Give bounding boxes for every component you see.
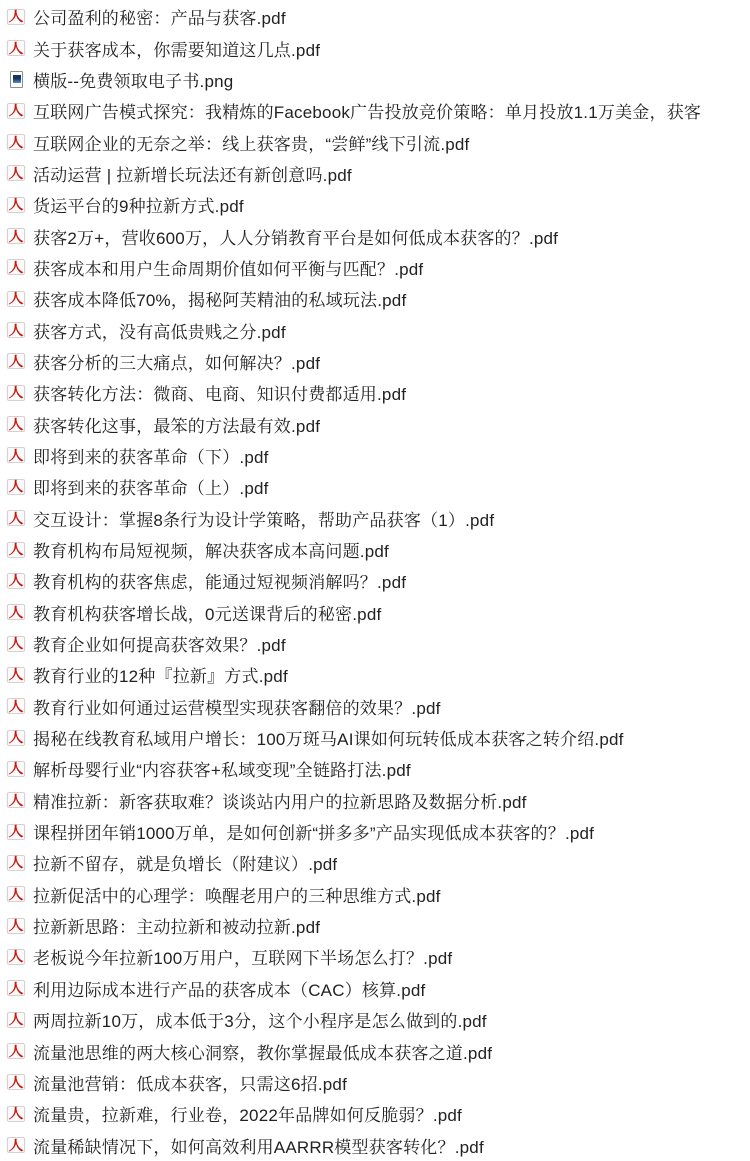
file-name: 即将到来的获客革命（下）.pdf	[33, 443, 269, 468]
file-name: 教育行业的12种『拉新』方式.pdf	[33, 662, 288, 687]
file-name: 获客分析的三大痛点，如何解决？.pdf	[33, 349, 320, 374]
file-row[interactable]: 人 关于获客成本，你需要知道这几点.pdf	[0, 32, 750, 63]
file-row[interactable]: 人 货运平台的9种拉新方式.pdf	[0, 189, 750, 220]
file-list: 人 公司盈利的秘密：产品与获客.pdf 人 关于获客成本，你需要知道这几点.pd…	[0, 0, 750, 1161]
file-name: 拉新促活中的心理学：唤醒老用户的三种思维方式.pdf	[33, 882, 441, 907]
pdf-file-icon: 人	[7, 197, 25, 213]
pdf-file-icon: 人	[7, 1043, 25, 1059]
pdf-file-icon: 人	[7, 479, 25, 495]
file-name: 获客方式，没有高低贵贱之分.pdf	[33, 318, 286, 343]
file-row[interactable]: 人 流量池思维的两大核心洞察，教你掌握最低成本获客之道.pdf	[0, 1035, 750, 1066]
pdf-file-icon: 人	[7, 416, 25, 432]
file-name: 利用边际成本进行产品的获客成本（CAC）核算.pdf	[33, 976, 425, 1001]
file-row[interactable]: 人 活动运营 | 拉新增长玩法还有新创意吗.pdf	[0, 158, 750, 189]
file-name: 流量池营销：低成本获客，只需这6招.pdf	[33, 1070, 347, 1095]
file-name: 横版--免费领取电子书.png	[33, 67, 233, 92]
pdf-file-icon: 人	[7, 698, 25, 714]
file-name: 拉新新思路：主动拉新和被动拉新.pdf	[33, 913, 320, 938]
file-name: 老板说今年拉新100万用户，互联网下半场怎么打？.pdf	[33, 944, 452, 969]
file-row[interactable]: 人 流量稀缺情况下，如何高效利用AARRR模型获客转化？.pdf	[0, 1129, 750, 1160]
pdf-file-icon: 人	[7, 1137, 25, 1153]
file-name: 即将到来的获客革命（上）.pdf	[33, 474, 269, 499]
file-row[interactable]: 人 即将到来的获客革命（下）.pdf	[0, 440, 750, 471]
pdf-file-icon: 人	[7, 949, 25, 965]
file-row[interactable]: 人 获客分析的三大痛点，如何解决？.pdf	[0, 346, 750, 377]
pdf-file-icon: 人	[7, 228, 25, 244]
file-row[interactable]: 人 教育企业如何提高获客效果？.pdf	[0, 628, 750, 659]
file-row[interactable]: 人 获客2万+，营收600万，人人分销教育平台是如何低成本获客的？.pdf	[0, 220, 750, 251]
pdf-file-icon: 人	[7, 40, 25, 56]
file-row[interactable]: 人 教育机构获客增长战，0元送课背后的秘密.pdf	[0, 597, 750, 628]
file-name: 获客2万+，营收600万，人人分销教育平台是如何低成本获客的？.pdf	[33, 224, 558, 249]
file-row[interactable]: 人 获客成本降低70%，揭秘阿芙精油的私域玩法.pdf	[0, 283, 750, 314]
file-name: 精准拉新：新客获取难？谈谈站内用户的拉新思路及数据分析.pdf	[33, 788, 527, 813]
pdf-file-icon: 人	[7, 134, 25, 150]
pdf-file-icon: 人	[7, 573, 25, 589]
file-row[interactable]: 人 利用边际成本进行产品的获客成本（CAC）核算.pdf	[0, 973, 750, 1004]
file-row[interactable]: 人 教育行业如何通过运营模型实现获客翻倍的效果？.pdf	[0, 691, 750, 722]
pdf-file-icon: 人	[7, 824, 25, 840]
file-row[interactable]: 人 获客转化方法：微商、电商、知识付费都适用.pdf	[0, 377, 750, 408]
pdf-file-icon: 人	[7, 510, 25, 526]
pdf-file-icon: 人	[7, 918, 25, 934]
file-row[interactable]: 人 交互设计：掌握8条行为设计学策略，帮助产品获客（1）.pdf	[0, 503, 750, 534]
file-row[interactable]: 人 精准拉新：新客获取难？谈谈站内用户的拉新思路及数据分析.pdf	[0, 785, 750, 816]
file-row[interactable]: 人 公司盈利的秘密：产品与获客.pdf	[0, 1, 750, 32]
pdf-file-icon: 人	[7, 886, 25, 902]
file-name: 教育机构布局短视频，解决获客成本高问题.pdf	[33, 537, 389, 562]
file-name: 互联网广告模式探究：我精炼的Facebook广告投放竞价策略：单月投放1.1万美…	[33, 98, 701, 123]
pdf-file-icon: 人	[7, 385, 25, 401]
file-name: 教育行业如何通过运营模型实现获客翻倍的效果？.pdf	[33, 694, 441, 719]
file-name: 流量贵，拉新难，行业卷，2022年品牌如何反脆弱？.pdf	[33, 1101, 462, 1126]
file-row[interactable]: 人 老板说今年拉新100万用户，互联网下半场怎么打？.pdf	[0, 941, 750, 972]
file-name: 教育企业如何提高获客效果？.pdf	[33, 631, 286, 656]
pdf-file-icon: 人	[7, 103, 25, 119]
pdf-file-icon: 人	[7, 667, 25, 683]
pdf-file-icon: 人	[7, 1106, 25, 1122]
file-row[interactable]: 人 拉新不留存，就是负增长（附建议）.pdf	[0, 847, 750, 878]
file-row[interactable]: 人 教育机构的获客焦虑，能通过短视频消解吗？.pdf	[0, 565, 750, 596]
file-name: 获客成本降低70%，揭秘阿芙精油的私域玩法.pdf	[33, 286, 406, 311]
file-row[interactable]: 人 拉新新思路：主动拉新和被动拉新.pdf	[0, 910, 750, 941]
file-name: 流量稀缺情况下，如何高效利用AARRR模型获客转化？.pdf	[33, 1133, 484, 1158]
file-name: 教育机构的获客焦虑，能通过短视频消解吗？.pdf	[33, 568, 406, 593]
pdf-file-icon: 人	[7, 855, 25, 871]
file-row[interactable]: 人 互联网广告模式探究：我精炼的Facebook广告投放竞价策略：单月投放1.1…	[0, 95, 750, 126]
file-name: 获客成本和用户生命周期价值如何平衡与匹配？.pdf	[33, 255, 423, 280]
file-name: 活动运营 | 拉新增长玩法还有新创意吗.pdf	[33, 161, 352, 186]
file-row[interactable]: 人 获客转化这事，最笨的方法最有效.pdf	[0, 408, 750, 439]
file-name: 货运平台的9种拉新方式.pdf	[33, 192, 244, 217]
file-row[interactable]: 人 揭秘在线教育私域用户增长：100万斑马AI课如何玩转低成本获客之转介绍.pd…	[0, 722, 750, 753]
pdf-file-icon: 人	[7, 542, 25, 558]
file-row[interactable]: 人 课程拼团年销1000万单，是如何创新“拼多多”产品实现低成本获客的？.pdf	[0, 816, 750, 847]
file-row[interactable]: 人 两周拉新10万，成本低于3分，这个小程序是怎么做到的.pdf	[0, 1004, 750, 1035]
file-row[interactable]: 横版--免费领取电子书.png	[0, 64, 750, 95]
pdf-file-icon: 人	[7, 980, 25, 996]
pdf-file-icon: 人	[7, 730, 25, 746]
file-name: 解析母婴行业“内容获客+私域变现”全链路打法.pdf	[33, 756, 411, 781]
file-name: 课程拼团年销1000万单，是如何创新“拼多多”产品实现低成本获客的？.pdf	[33, 819, 594, 844]
pdf-file-icon: 人	[7, 9, 25, 25]
pdf-file-icon: 人	[7, 353, 25, 369]
pdf-file-icon: 人	[7, 761, 25, 777]
file-name: 教育机构获客增长战，0元送课背后的秘密.pdf	[33, 600, 381, 625]
file-name: 互联网企业的无奈之举：线上获客贵，“尝鲜”线下引流.pdf	[33, 130, 469, 155]
file-row[interactable]: 人 即将到来的获客革命（上）.pdf	[0, 471, 750, 502]
file-name: 获客转化这事，最笨的方法最有效.pdf	[33, 412, 320, 437]
file-row[interactable]: 人 互联网企业的无奈之举：线上获客贵，“尝鲜”线下引流.pdf	[0, 126, 750, 157]
pdf-file-icon: 人	[7, 322, 25, 338]
file-row[interactable]: 人 教育行业的12种『拉新』方式.pdf	[0, 659, 750, 690]
file-name: 两周拉新10万，成本低于3分，这个小程序是怎么做到的.pdf	[33, 1007, 487, 1032]
file-row[interactable]: 人 流量池营销：低成本获客，只需这6招.pdf	[0, 1067, 750, 1098]
pdf-file-icon: 人	[7, 1012, 25, 1028]
file-row[interactable]: 人 教育机构布局短视频，解决获客成本高问题.pdf	[0, 534, 750, 565]
file-name: 流量池思维的两大核心洞察，教你掌握最低成本获客之道.pdf	[33, 1039, 492, 1064]
pdf-file-icon: 人	[7, 165, 25, 181]
file-row[interactable]: 人 流量贵，拉新难，行业卷，2022年品牌如何反脆弱？.pdf	[0, 1098, 750, 1129]
pdf-file-icon: 人	[7, 1074, 25, 1090]
pdf-file-icon: 人	[7, 792, 25, 808]
file-name: 拉新不留存，就是负增长（附建议）.pdf	[33, 850, 337, 875]
file-name: 揭秘在线教育私域用户增长：100万斑马AI课如何玩转低成本获客之转介绍.pdf	[33, 725, 624, 750]
pdf-file-icon: 人	[7, 636, 25, 652]
file-name: 公司盈利的秘密：产品与获客.pdf	[33, 4, 286, 29]
image-file-icon	[10, 71, 23, 88]
file-name: 获客转化方法：微商、电商、知识付费都适用.pdf	[33, 380, 406, 405]
pdf-file-icon: 人	[7, 259, 25, 275]
file-row[interactable]: 人 获客成本和用户生命周期价值如何平衡与匹配？.pdf	[0, 252, 750, 283]
file-row[interactable]: 人 拉新促活中的心理学：唤醒老用户的三种思维方式.pdf	[0, 879, 750, 910]
pdf-file-icon: 人	[7, 447, 25, 463]
file-row[interactable]: 人 解析母婴行业“内容获客+私域变现”全链路打法.pdf	[0, 753, 750, 784]
image-thumbnail	[13, 75, 21, 83]
file-row[interactable]: 人 获客方式，没有高低贵贱之分.pdf	[0, 314, 750, 345]
pdf-file-icon: 人	[7, 291, 25, 307]
file-name: 关于获客成本，你需要知道这几点.pdf	[33, 36, 320, 61]
pdf-file-icon: 人	[7, 604, 25, 620]
file-name: 交互设计：掌握8条行为设计学策略，帮助产品获客（1）.pdf	[33, 506, 494, 531]
